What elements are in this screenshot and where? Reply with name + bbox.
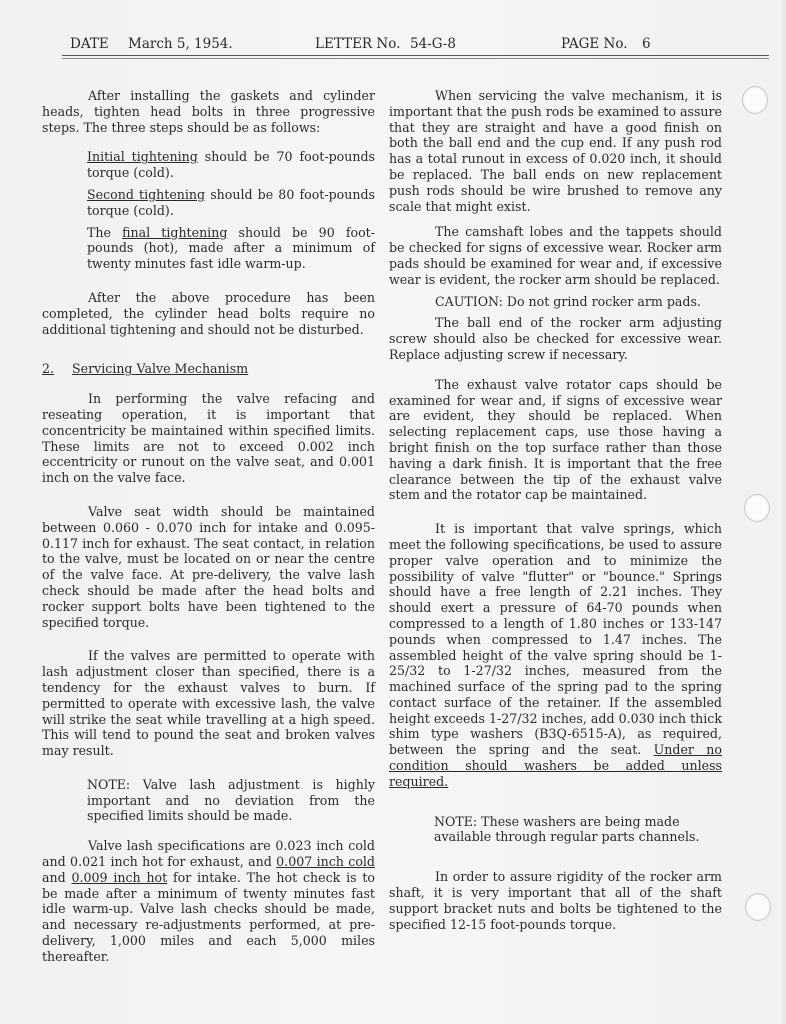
paragraph: If the valves are permitted to operate w… [42, 648, 375, 759]
paragraph: It is important that valve springs, whic… [389, 521, 722, 790]
header-rule-double [62, 58, 769, 59]
note-washers: NOTE: These washers are being made avail… [434, 814, 722, 846]
step-initial: Initial tightening should be 70 foot-pou… [87, 149, 375, 181]
note-valve-lash: NOTE: Valve lash adjustment is highly im… [87, 777, 375, 824]
paragraph: After the above procedure has been compl… [42, 290, 375, 337]
step-final: The final tightening should be 90 foot-p… [87, 225, 375, 272]
letter-label: LETTER No. [315, 36, 400, 52]
paragraph: When servicing the valve mechanism, it i… [389, 88, 722, 214]
paragraph: The ball end of the rocker arm adjusting… [389, 315, 722, 362]
paragraph: The camshaft lobes and the tappets shoul… [389, 224, 722, 287]
date-label: DATE [70, 36, 109, 52]
letter-number: 54-G-8 [410, 36, 456, 52]
punch-hole-bottom [745, 893, 771, 921]
date-value: March 5, 1954. [128, 36, 233, 52]
paragraph: Valve lash specifications are 0.023 inch… [42, 838, 375, 964]
paragraph: Valve seat width should be maintained be… [42, 504, 375, 630]
left-column: After installing the gaskets and cylinde… [42, 88, 375, 965]
punch-hole-middle [744, 494, 770, 522]
paragraph: The exhaust valve rotator caps should be… [389, 377, 722, 503]
paragraph: In order to assure rigidity of the rocke… [389, 869, 722, 932]
document-page: DATE March 5, 1954. LETTER No. 54-G-8 PA… [0, 0, 786, 1024]
page-number: 6 [642, 36, 651, 52]
paragraph: In performing the valve refacing and res… [42, 391, 375, 486]
page-label: PAGE No. [561, 36, 628, 52]
punch-hole-top [742, 86, 768, 114]
paragraph: After installing the gaskets and cylinde… [42, 88, 375, 135]
page-edge [782, 0, 786, 1024]
caution-note: CAUTION: Do not grind rocker arm pads. [389, 294, 722, 310]
header-rule [62, 55, 769, 56]
letter-header: DATE March 5, 1954. LETTER No. 54-G-8 PA… [70, 36, 770, 56]
step-second: Second tightening should be 80 foot-poun… [87, 187, 375, 219]
right-column: When servicing the valve mechanism, it i… [389, 88, 722, 932]
section-heading: 2.Servicing Valve Mechanism [42, 361, 375, 377]
